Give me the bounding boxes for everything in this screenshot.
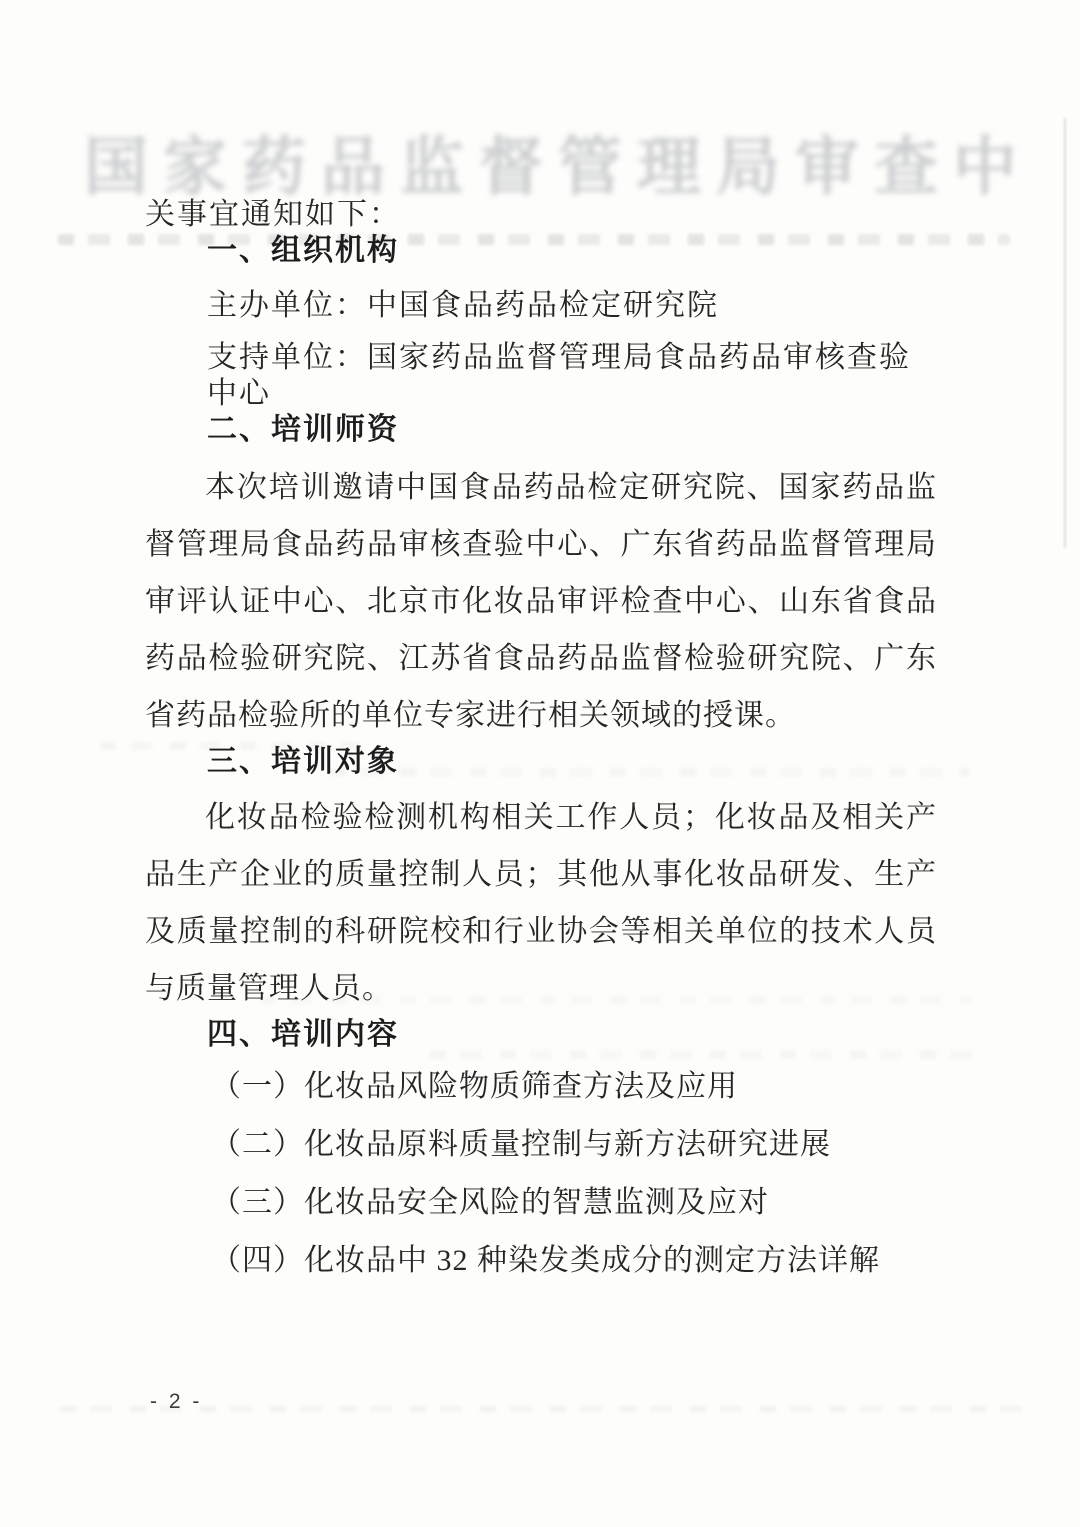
section-heading-contents: 四、培训内容: [145, 1017, 937, 1053]
document-body: 关事宜通知如下： 一、组织机构 主办单位：中国食品药品检定研究院 支持单位：国家…: [145, 0, 937, 1279]
trainees-paragraph: 化妆品检验检测机构相关工作人员；化妆品及相关产品生产企业的质量控制人员；其他从事…: [145, 789, 937, 1017]
support-unit-line: 支持单位：国家药品监督管理局食品药品审核查验中心: [145, 340, 937, 412]
content-item-1: （一）化妆品风险物质筛查方法及应用: [145, 1069, 937, 1105]
section-heading-organization: 一、组织机构: [145, 233, 937, 269]
scan-smudge: [60, 1406, 1035, 1412]
intro-line: 关事宜通知如下：: [145, 197, 937, 233]
host-unit-line: 主办单位：中国食品药品检定研究院: [145, 288, 937, 324]
page-number: - 2 -: [150, 1390, 202, 1414]
section-heading-trainees: 三、培训对象: [145, 744, 937, 780]
trainers-paragraph: 本次培训邀请中国食品药品检定研究院、国家药品监督管理局食品药品审核查验中心、广东…: [145, 459, 937, 744]
section-heading-trainers: 二、培训师资: [145, 412, 937, 448]
content-item-3: （三）化妆品安全风险的智慧监测及应对: [145, 1185, 937, 1221]
scan-edge-line: [1064, 118, 1066, 548]
content-item-4: （四）化妆品中 32 种染发类成分的测定方法详解: [145, 1243, 937, 1279]
content-item-2: （二）化妆品原料质量控制与新方法研究进展: [145, 1127, 937, 1163]
document-page: 国家药品监督管理局审查中 关事宜通知如下： 一、组织机构 主办单位：中国食品药品…: [0, 0, 1080, 1527]
